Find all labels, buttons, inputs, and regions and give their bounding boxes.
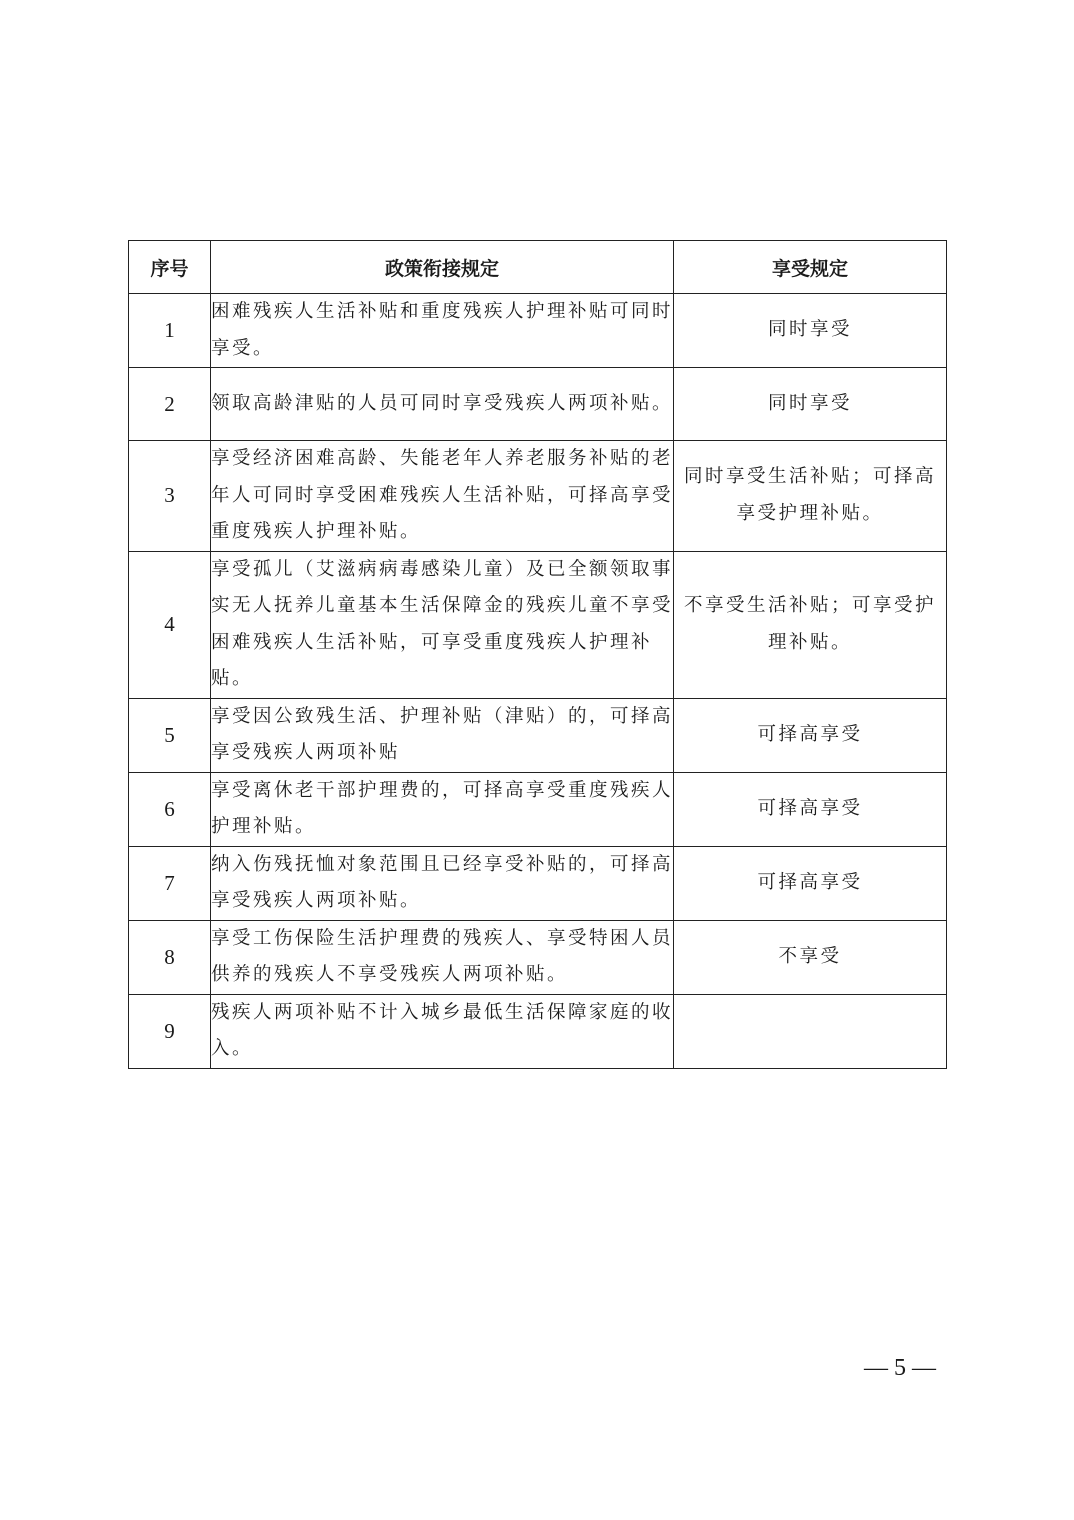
row-entitlement: 同时享受生活补贴；可择高享受护理补贴。 — [674, 441, 947, 552]
row-policy: 享受离休老干部护理费的，可择高享受重度残疾人护理补贴。 — [211, 772, 674, 846]
row-number: 2 — [129, 368, 211, 441]
row-policy: 享受因公致残生活、护理补贴（津贴）的，可择高享受残疾人两项补贴 — [211, 698, 674, 772]
row-policy: 纳入伤残抚恤对象范围且已经享受补贴的，可择高享受残疾人两项补贴。 — [211, 846, 674, 920]
row-number: 6 — [129, 772, 211, 846]
table-row: 6 享受离休老干部护理费的，可择高享受重度残疾人护理补贴。 可择高享受 — [129, 772, 947, 846]
header-policy-rule: 政策衔接规定 — [211, 241, 674, 294]
table-row: 8 享受工伤保险生活护理费的残疾人、享受特困人员供养的残疾人不享受残疾人两项补贴… — [129, 920, 947, 994]
table-header-row: 序号 政策衔接规定 享受规定 — [129, 241, 947, 294]
row-entitlement: 可择高享受 — [674, 772, 947, 846]
row-number: 1 — [129, 294, 211, 368]
row-number: 9 — [129, 994, 211, 1068]
row-number: 8 — [129, 920, 211, 994]
row-policy: 残疾人两项补贴不计入城乡最低生活保障家庭的收入。 — [211, 994, 674, 1068]
row-number: 3 — [129, 441, 211, 552]
row-number: 7 — [129, 846, 211, 920]
table-row: 5 享受因公致残生活、护理补贴（津贴）的，可择高享受残疾人两项补贴 可择高享受 — [129, 698, 947, 772]
header-serial-number: 序号 — [129, 241, 211, 294]
policy-table: 序号 政策衔接规定 享受规定 1 困难残疾人生活补贴和重度残疾人护理补贴可同时享… — [128, 240, 947, 1069]
row-entitlement: 同时享受 — [674, 294, 947, 368]
table-row: 1 困难残疾人生活补贴和重度残疾人护理补贴可同时享受。 同时享受 — [129, 294, 947, 368]
row-policy: 享受经济困难高龄、失能老年人养老服务补贴的老年人可同时享受困难残疾人生活补贴，可… — [211, 441, 674, 552]
row-number: 4 — [129, 551, 211, 698]
row-entitlement: 可择高享受 — [674, 846, 947, 920]
document-page: 序号 政策衔接规定 享受规定 1 困难残疾人生活补贴和重度残疾人护理补贴可同时享… — [0, 0, 1074, 1520]
header-entitlement: 享受规定 — [674, 241, 947, 294]
row-policy: 困难残疾人生活补贴和重度残疾人护理补贴可同时享受。 — [211, 294, 674, 368]
row-entitlement: 不享受 — [674, 920, 947, 994]
row-entitlement: 不享受生活补贴；可享受护理补贴。 — [674, 551, 947, 698]
row-entitlement — [674, 994, 947, 1068]
row-policy: 享受孤儿（艾滋病病毒感染儿童）及已全额领取事实无人抚养儿童基本生活保障金的残疾儿… — [211, 551, 674, 698]
table-row: 4 享受孤儿（艾滋病病毒感染儿童）及已全额领取事实无人抚养儿童基本生活保障金的残… — [129, 551, 947, 698]
table-row: 3 享受经济困难高龄、失能老年人养老服务补贴的老年人可同时享受困难残疾人生活补贴… — [129, 441, 947, 552]
row-policy: 领取高龄津贴的人员可同时享受残疾人两项补贴。 — [211, 368, 674, 441]
table-row: 9 残疾人两项补贴不计入城乡最低生活保障家庭的收入。 — [129, 994, 947, 1068]
row-entitlement: 同时享受 — [674, 368, 947, 441]
row-entitlement: 可择高享受 — [674, 698, 947, 772]
row-policy: 享受工伤保险生活护理费的残疾人、享受特困人员供养的残疾人不享受残疾人两项补贴。 — [211, 920, 674, 994]
page-number: — 5 — — [860, 1355, 940, 1382]
row-number: 5 — [129, 698, 211, 772]
table-row: 7 纳入伤残抚恤对象范围且已经享受补贴的，可择高享受残疾人两项补贴。 可择高享受 — [129, 846, 947, 920]
table-row: 2 领取高龄津贴的人员可同时享受残疾人两项补贴。 同时享受 — [129, 368, 947, 441]
